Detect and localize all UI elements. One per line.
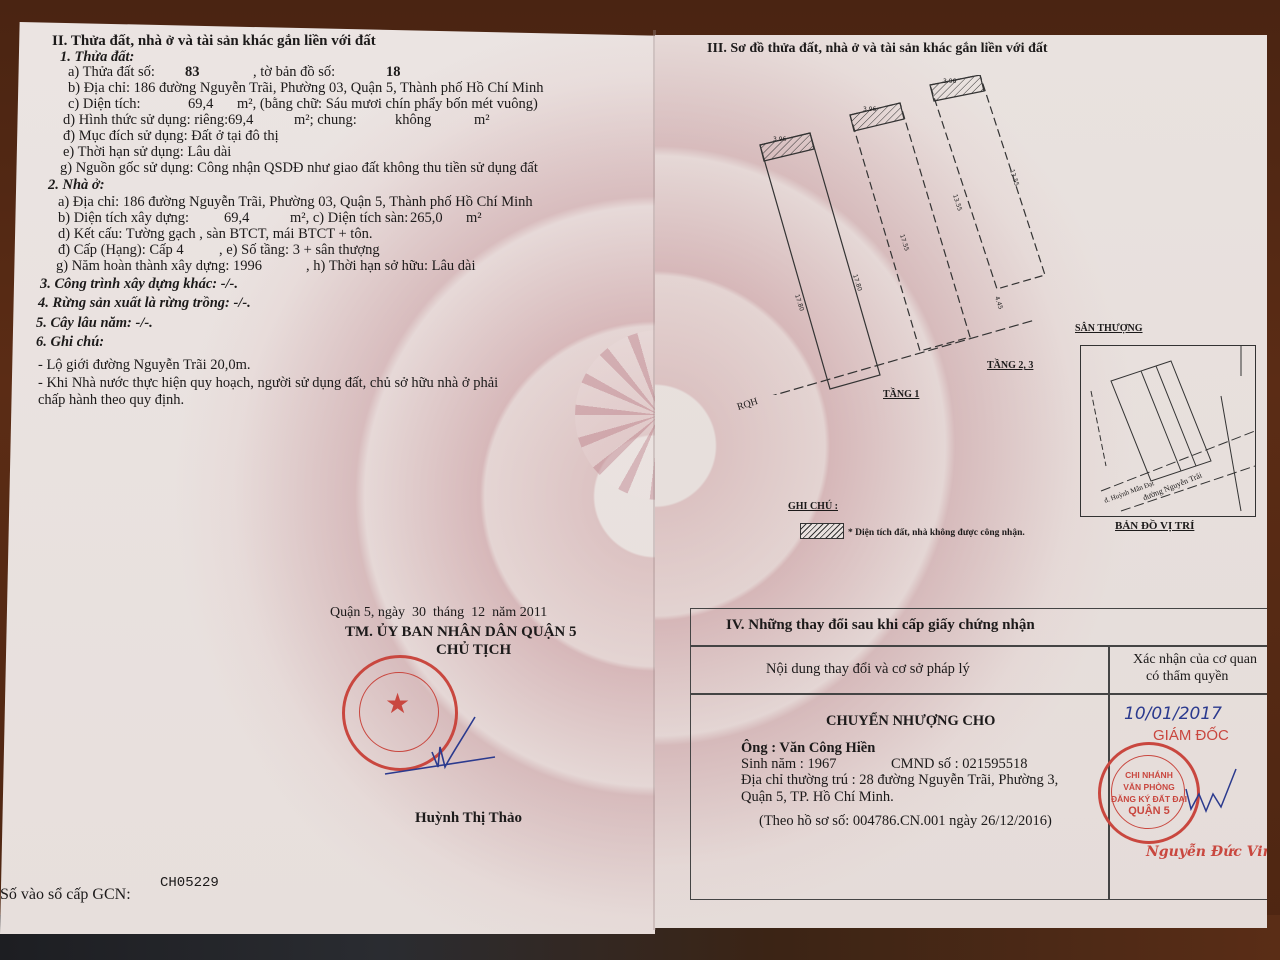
house-ownership-term: , h) Thời hạn sở hữu: Lâu dài	[306, 258, 476, 275]
usage-form-label: d) Hình thức sử dụng: riêng:	[63, 112, 228, 129]
notes-heading: 6. Ghi chú:	[36, 334, 104, 351]
chairman-signature	[380, 712, 500, 782]
area-words: m², (bằng chữ: Sáu mươi chín phẩy bốn mé…	[237, 96, 538, 113]
svg-text:3.96: 3.96	[773, 136, 787, 143]
note-1: - Lộ giới đường Nguyễn Trãi 20,0m.	[38, 357, 251, 374]
confirm-date: 10/01/2017	[1124, 704, 1222, 724]
section-2-title: II. Thửa đất, nhà ở và tài sản khác gắn …	[52, 33, 376, 50]
floor-area-unit: m²	[466, 210, 482, 227]
issuing-org: TM. ỦY BAN NHÂN DÂN QUẬN 5	[345, 624, 577, 641]
confirm-role: GIÁM ĐỐC	[1153, 727, 1229, 744]
note-3: chấp hành theo quy định.	[38, 392, 184, 409]
transferee-address-2: Quận 5, TP. Hồ Chí Minh.	[741, 789, 894, 806]
note-2: - Khi Nhà nước thực hiện quy hoạch, ngườ…	[38, 375, 498, 392]
section-4-title: IV. Những thay đổi sau khi cấp giấy chứn…	[726, 617, 1035, 634]
usage-shared-unit: m²	[474, 112, 490, 129]
certificate-left-page: II. Thửa đất, nhà ở và tài sản khác gắn …	[0, 22, 655, 934]
legend-heading: GHI CHÚ :	[788, 501, 838, 512]
usage-private: 69,4	[228, 112, 253, 129]
usage-shared-label: m²; chung:	[294, 112, 357, 129]
col-confirm-header-1: Xác nhận của cơ quan	[1133, 651, 1257, 668]
house-heading: 2. Nhà ở:	[48, 177, 105, 194]
svg-text:13.55: 13.55	[951, 193, 963, 212]
registry-label: Số vào sổ cấp GCN:	[0, 886, 131, 903]
forest: 4. Rừng sản xuất là rừng trồng: -/-.	[38, 295, 251, 312]
col-change-header: Nội dung thay đổi và cơ sở pháp lý	[766, 661, 970, 678]
house-completed: g) Năm hoàn thành xây dựng: 1996	[56, 258, 262, 275]
other-works: 3. Công trình xây dựng khác: -/-.	[40, 276, 238, 293]
issue-date: Quận 5, ngày 30 tháng 12 năm 2011	[330, 604, 547, 621]
floor-1-label: TẦNG 1	[883, 389, 919, 400]
svg-text:3.96: 3.96	[943, 78, 957, 85]
file-reference: (Theo hồ sơ số: 004786.CN.001 ngày 26/12…	[759, 813, 1052, 830]
changes-table: IV. Những thay đổi sau khi cấp giấy chứn…	[690, 608, 1267, 900]
build-area-label: b) Diện tích xây dựng:	[58, 210, 189, 227]
registry-number: CH05229	[160, 875, 219, 892]
transferee-name: Ông : Văn Công Hiền	[741, 740, 875, 757]
house-address: a) Địa chỉ: 186 đường Nguyễn Trãi, Phườn…	[58, 194, 533, 211]
transferee-birth: Sinh năm : 1967	[741, 756, 836, 773]
signer-role: CHỦ TỊCH	[436, 642, 511, 659]
hatch-legend-icon	[800, 523, 844, 539]
svg-text:13.55: 13.55	[1008, 168, 1020, 187]
svg-text:3.96: 3.96	[863, 106, 877, 113]
roof-label: SÂN THƯỢNG	[1075, 323, 1143, 334]
location-map: N đ. Huỳnh Mẫn Đạt đường Nguyễn Trãi	[1080, 345, 1256, 517]
area-value: 69,4	[188, 96, 213, 113]
parcel-label: a) Thửa đất số:	[68, 64, 155, 81]
land-address: b) Địa chỉ: 186 đường Nguyễn Trãi, Phườn…	[68, 80, 543, 97]
location-map-label: BẢN ĐỒ VỊ TRÍ	[1115, 520, 1194, 532]
map-sheet-number: 18	[386, 64, 401, 81]
area-label: c) Diện tích:	[68, 96, 140, 113]
floor-area-label: m², c) Diện tích sàn:	[290, 210, 408, 227]
signer-name: Huỳnh Thị Thảo	[415, 810, 522, 827]
usage-shared: không	[395, 112, 431, 129]
build-area-value: 69,4	[224, 210, 249, 227]
col-confirm-header-2: có thẩm quyền	[1146, 668, 1228, 685]
svg-text:4.45: 4.45	[993, 295, 1004, 310]
perennial: 5. Cây lâu năm: -/-.	[36, 315, 153, 332]
map-sheet-label: , tờ bản đồ số:	[253, 64, 335, 81]
certificate-right-page: III. Sơ đồ thửa đất, nhà ở và tài sản kh…	[655, 35, 1267, 928]
land-origin: g) Nguồn gốc sử dụng: Công nhận QSDĐ như…	[60, 160, 538, 177]
floor-2-3-label: TẦNG 2, 3	[987, 360, 1033, 371]
floor-plan-diagram: 3.96 3.96 3.96 17.80 17.80 17.55 13.55 1…	[735, 75, 1055, 395]
director-signature	[1181, 759, 1241, 819]
land-purpose: đ) Mục đích sử dụng: Đất ở tại đô thị	[63, 128, 279, 145]
parcel-number: 83	[185, 64, 200, 81]
director-name: Nguyễn Đức Vinh	[1146, 844, 1267, 860]
land-term: e) Thời hạn sử dụng: Lâu dài	[63, 144, 231, 161]
transferee-address-1: Địa chỉ thường trú : 28 đường Nguyễn Trã…	[741, 772, 1058, 789]
section-3-title: III. Sơ đồ thửa đất, nhà ở và tài sản kh…	[707, 40, 1048, 57]
svg-text:17.55: 17.55	[898, 233, 910, 252]
house-structure: d) Kết cấu: Tường gạch , sàn BTCT, mái B…	[58, 226, 372, 243]
entry-heading: CHUYỂN NHƯỢNG CHO	[826, 713, 995, 730]
floor-area-value: 265,0	[410, 210, 443, 227]
house-grade: đ) Cấp (Hạng): Cấp 4	[58, 242, 184, 259]
house-floors: , e) Số tầng: 3 + sân thượng	[219, 242, 380, 259]
transferee-id: CMND số : 021595518	[891, 756, 1028, 773]
rqh-label: RQH	[735, 393, 760, 416]
legend-text: * Diện tích đất, nhà không được công nhậ…	[848, 525, 1025, 542]
